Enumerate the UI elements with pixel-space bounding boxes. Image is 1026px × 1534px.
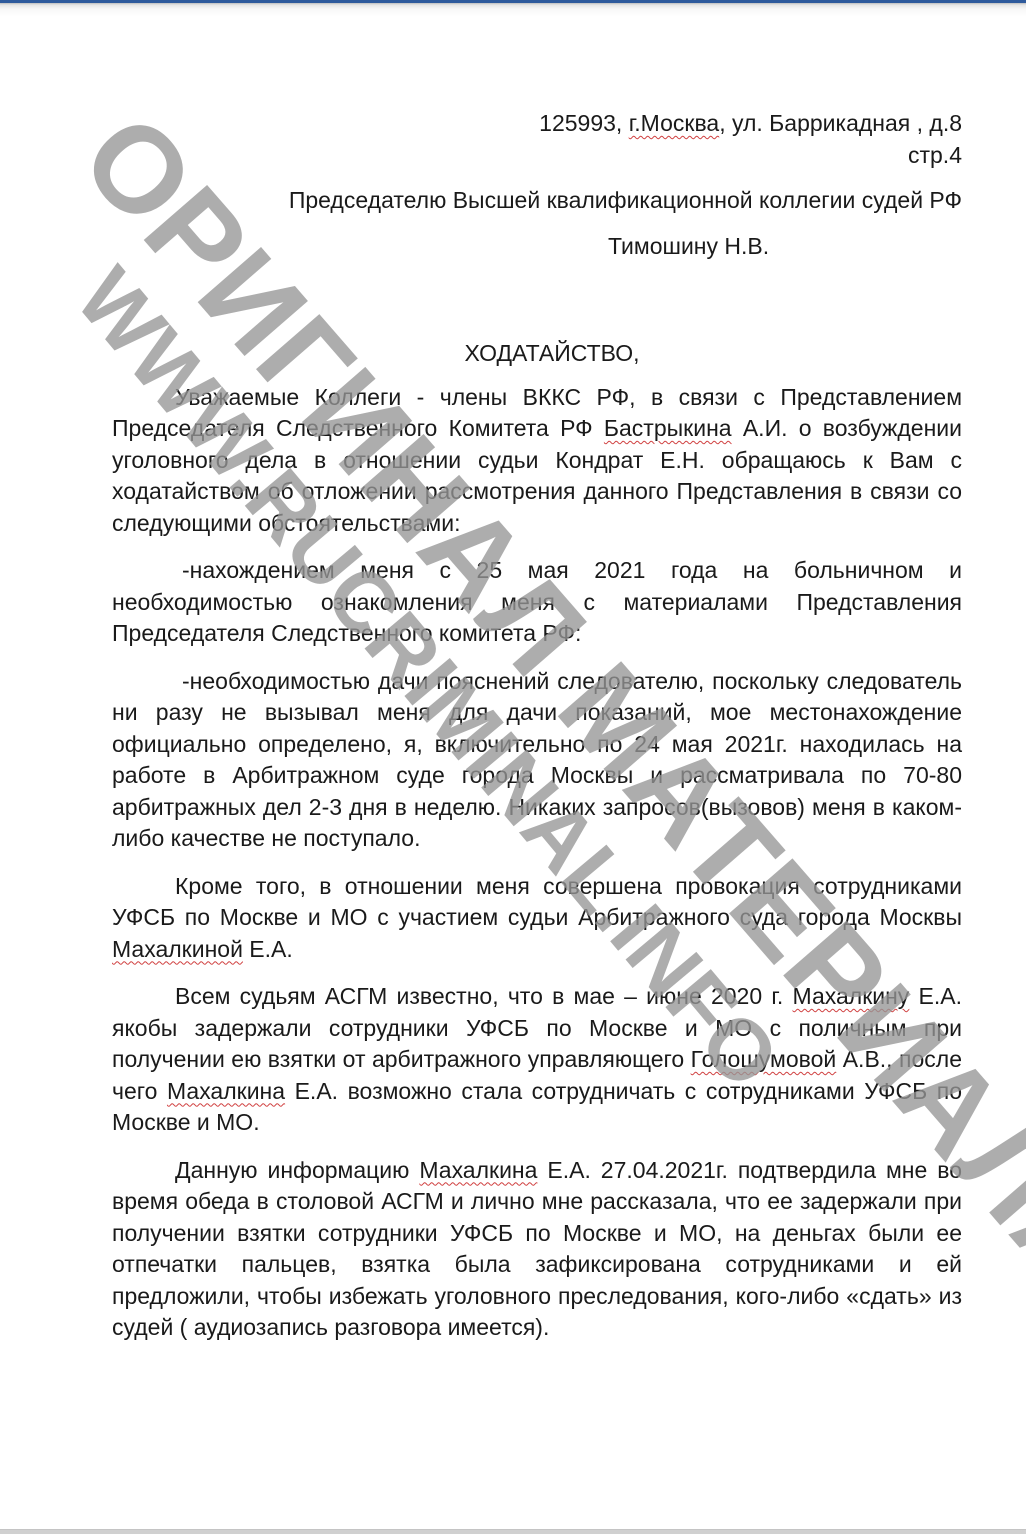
- toolbar-shadow: [0, 3, 1026, 17]
- window-bottom-edge: [0, 1529, 1026, 1534]
- spellcheck-word: Махалкину: [793, 983, 910, 1009]
- spellcheck-word: Голошумовой: [691, 1046, 837, 1072]
- spellcheck-word: Махалкина: [167, 1078, 285, 1104]
- paragraph-confirmation: Данную информацию Махалкина Е.А. 27.04.2…: [112, 1155, 962, 1344]
- paragraph-intro: Уважаемые Коллеги - члены ВККС РФ, в свя…: [112, 382, 962, 540]
- paragraph-provocation: Кроме того, в отношении меня совершена п…: [112, 871, 962, 966]
- recipient-title: Председателю Высшей квалификационной кол…: [112, 185, 962, 217]
- paragraph-reason-1: -нахождением меня с 25 мая 2021 года на …: [112, 555, 962, 650]
- document-page: 125993, г.Москва, ул. Баррикадная , д.8 …: [112, 108, 962, 1344]
- paragraph-detention: Всем судьям АСГМ известно, что в мае – и…: [112, 981, 962, 1139]
- spellcheck-word: Бастрыкина: [604, 415, 732, 441]
- paragraph-reason-2: -необходимостью дачи пояснений следовате…: [112, 666, 962, 855]
- sender-address: 125993, г.Москва, ул. Баррикадная , д.8: [112, 108, 962, 140]
- spellcheck-word: г.Москва: [629, 110, 720, 136]
- document-title: ХОДАТАЙСТВО,: [112, 338, 962, 370]
- recipient-name: Тимошину Н.В.: [112, 231, 962, 263]
- spellcheck-word: Махалкина: [419, 1157, 537, 1183]
- spellcheck-word: Махалкиной: [112, 936, 243, 962]
- sender-address-line2: стр.4: [112, 140, 962, 172]
